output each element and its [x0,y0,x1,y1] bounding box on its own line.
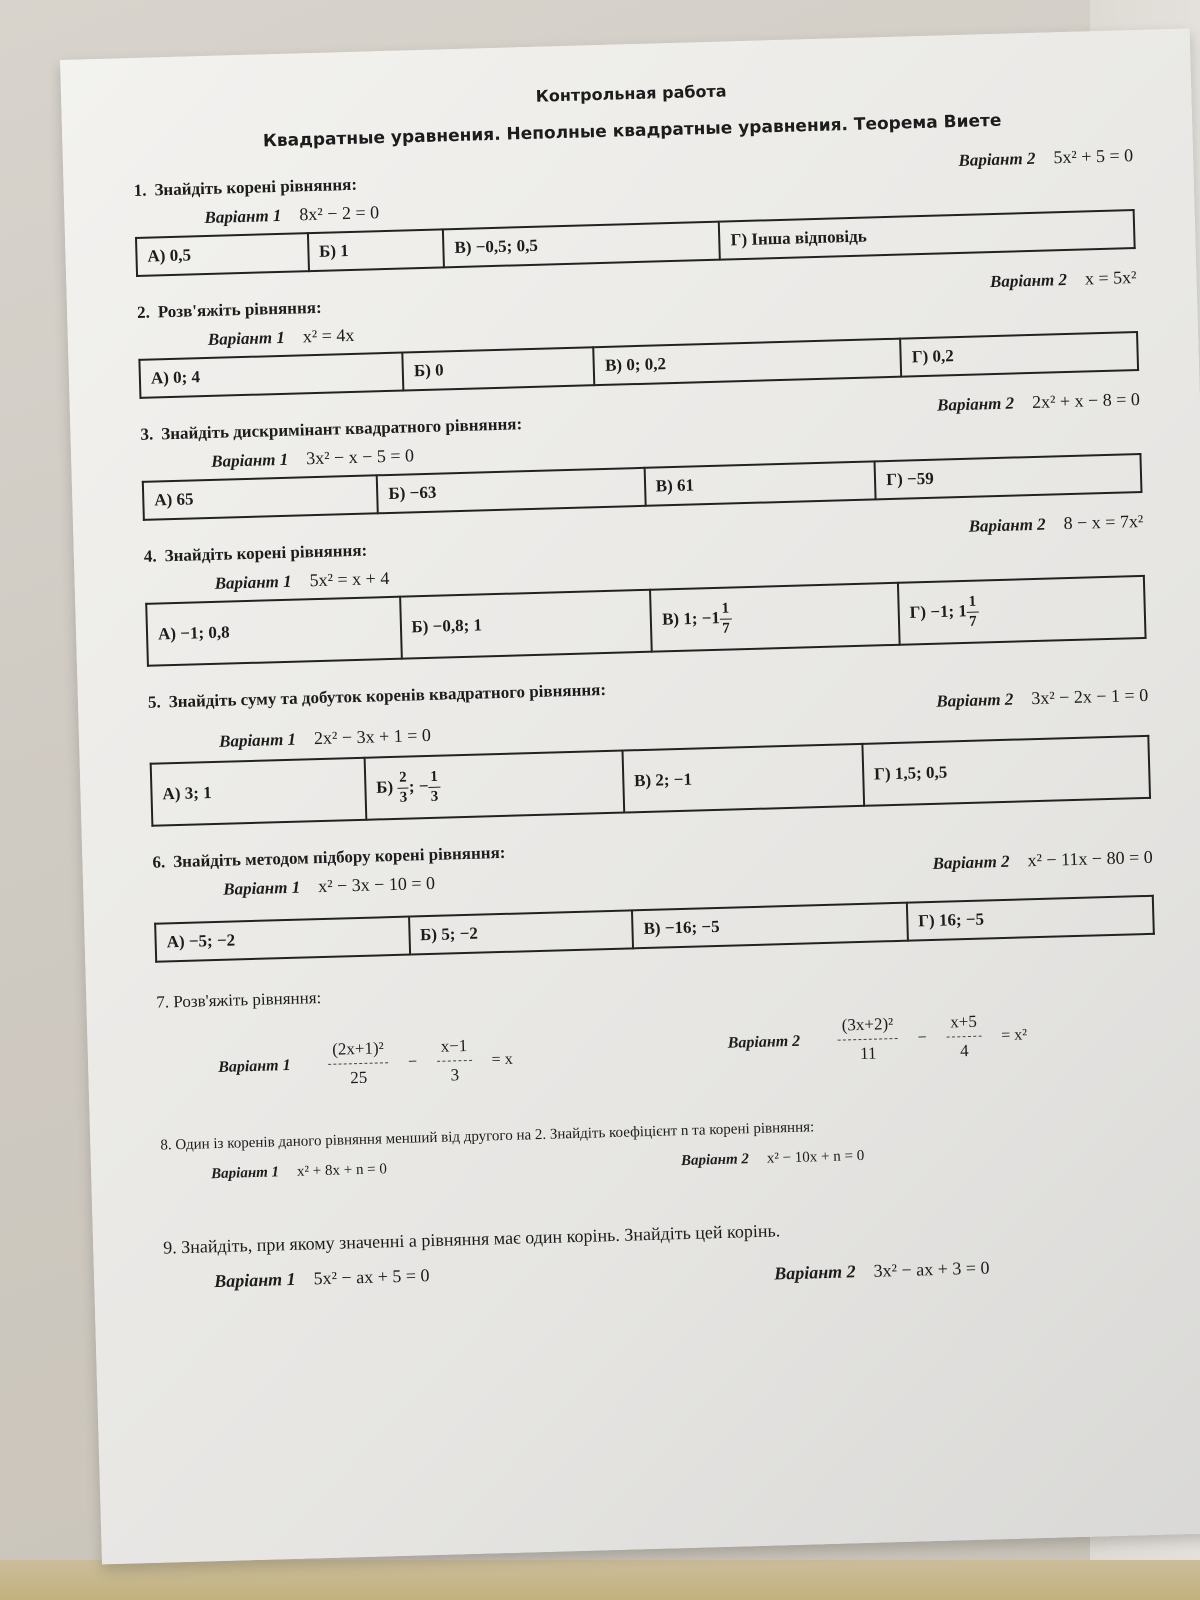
option-d[interactable]: Г) −1; 117 [898,576,1146,645]
option-d[interactable]: Г) 16; −5 [907,896,1154,941]
page-title: Контрольная работа [131,70,1131,117]
option-a[interactable]: А) 3; 1 [151,758,366,826]
option-b[interactable]: Б) 1 [308,229,444,271]
variant-1-equation: x² + 8x + n = 0 [297,1161,387,1180]
variant-1-equation: x² = 4x [303,325,355,346]
variant-2-label: Варіант 2 [958,149,1035,170]
question-text: Знайдіть суму та добуток коренів квадрат… [168,680,606,711]
option-c[interactable]: В) 1; −117 [650,583,899,652]
question-3: 3.Знайдіть дискримінант квадратного рівн… [140,397,1142,521]
background-table [0,1560,1200,1600]
question-number: 3. [140,425,153,444]
question-number: 6. [152,852,165,871]
variant-2-label: Варіант 2 [936,690,1013,711]
variant-2-equation: x² − 11x − 80 = 0 [1027,847,1153,870]
question-8: 8. Один із коренів даного рівняння менши… [160,1107,1162,1207]
variant-1-label: Варіант 1 [214,1268,296,1290]
variant-1-equation: 3x² − x − 5 = 0 [306,445,414,468]
question-number: 2. [137,303,150,322]
option-b[interactable]: Б) 23; −13 [364,751,624,820]
option-d[interactable]: Г) 0,2 [900,332,1138,377]
variant-1-label: Варіант 1 [223,878,300,899]
variant-2-equation: x² − 10x + n = 0 [767,1147,865,1166]
question-number: 8. [160,1137,172,1153]
variant-1-equation: Варіант 1 (2x+1)²25 − x−13 = x [218,1035,514,1093]
variant-2-equation: 8 − x = 7x² [1063,511,1143,533]
question-1: 1.Знайдіть корені рівняння: Варіант 18x²… [133,153,1135,277]
option-c[interactable]: В) 61 [644,461,876,505]
option-a[interactable]: А) 0,5 [136,233,309,276]
option-c[interactable]: В) 0; 0,2 [594,339,902,386]
variant-1-equation: x² − 3x − 10 = 0 [318,873,435,896]
option-c[interactable]: В) −0,5; 0,5 [443,222,720,268]
question-text: Знайдіть методом підбору корені рівняння… [173,843,506,871]
option-a[interactable]: А) −5; −2 [155,917,410,962]
variant-2-label: Варіант 2 [774,1261,856,1283]
variant-1-label: Варіант 1 [211,450,288,471]
question-9: 9. Знайдіть, при якому значенні a рівнян… [163,1209,1165,1332]
option-b-text: Б) [376,777,393,796]
variant-1-label: Варіант 1 [214,572,291,593]
page-subtitle: Квадратные уравнения. Неполные квадратны… [132,107,1132,155]
fraction: 13 [428,769,440,804]
sheet-content: Контрольная работа Квадратные уравнения.… [131,70,1165,1332]
variant-1-label: Варіант 1 [219,730,296,751]
variant-1-equation: 5x² = x + 4 [309,568,389,590]
question-7: 7. Розв'яжіть рівняння: Варіант 1 (2x+1)… [156,965,1159,1105]
question-text: Знайдіть, при якому значенні a рівняння … [181,1220,781,1257]
variant-2-equation: 3x² − 2x − 1 = 0 [1031,685,1148,708]
variant-2-equation: Варіант 2 (3x+2)²11 − x+54 = x² [727,1010,1028,1068]
variant-1-equation: 5x² − ax + 5 = 0 [313,1265,429,1288]
question-text: Розв'яжіть рівняння: [173,988,321,1011]
variant-1-label: Варіант 1 [208,328,285,349]
question-number: 7. [156,992,169,1011]
variant-2-equation: x = 5x² [1085,267,1137,288]
option-c-text: В) 1; −1 [662,608,720,629]
question-text: Знайдіть корені рівняння: [154,175,357,200]
answer-options: А) −5; −2 Б) 5; −2 В) −16; −5 Г) 16; −5 [154,895,1155,963]
question-text: Знайдіть дискримінант квадратного рівнян… [161,414,522,443]
option-b[interactable]: Б) −0,8; 1 [400,590,652,659]
question-text: Знайдіть корені рівняння: [164,541,367,566]
question-number: 4. [144,546,157,565]
option-d-text: Г) −1; 1 [909,601,967,622]
question-5: 5.Знайдіть суму та добуток коренів квадр… [148,665,1151,827]
option-d[interactable]: Г) −59 [875,454,1142,499]
option-a[interactable]: А) 0; 4 [139,353,403,398]
option-a[interactable]: А) −1; 0,8 [146,597,401,666]
question-number: 1. [133,181,146,200]
variant-2-label: Варіант 2 [932,852,1009,873]
variant-1-label: Варіант 1 [211,1164,279,1182]
variant-2-label: Варіант 2 [990,270,1067,291]
question-6: 6.Знайдіть методом підбору корені рівнян… [152,825,1155,963]
question-number: 5. [148,692,161,711]
option-b[interactable]: Б) −63 [377,468,645,513]
variant-2-equation: 5x² + 5 = 0 [1053,145,1133,167]
variant-2-label: Варіант 2 [937,393,1014,414]
fraction: 23 [397,770,409,805]
option-b[interactable]: Б) 0 [402,347,594,390]
question-text: Розв'яжіть рівняння: [158,298,322,322]
variant-2-equation: 3x² − ax + 3 = 0 [873,1257,989,1280]
question-text: Один із коренів даного рівняння менший в… [175,1119,814,1153]
variant-2-equation: 2x² + x − 8 = 0 [1032,389,1140,412]
variant-1-equation: 2x² − 3x + 1 = 0 [314,725,431,748]
option-c[interactable]: В) 2; −1 [622,744,864,813]
option-a[interactable]: А) 65 [143,475,378,520]
fraction: 17 [719,601,731,636]
option-d[interactable]: Г) 1,5; 0,5 [862,736,1150,806]
option-c[interactable]: В) −16; −5 [632,903,908,949]
fraction: 17 [966,594,978,629]
variant-2-label: Варіант 2 [681,1151,749,1169]
question-4: 4.Знайдіть корені рівняння: Варіант 15x²… [144,519,1147,667]
variant-2-label: Варіант 2 [968,515,1045,536]
question-number: 9. [163,1237,177,1257]
variant-1-equation: 8x² − 2 = 0 [299,202,379,224]
test-sheet: Контрольная работа Квадратные уравнения.… [60,28,1200,1564]
option-b[interactable]: Б) 5; −2 [409,910,633,954]
question-2: 2.Розв'яжіть рівняння: Варіант 1x² = 4x … [137,275,1139,399]
variant-1-label: Варіант 1 [204,206,281,227]
